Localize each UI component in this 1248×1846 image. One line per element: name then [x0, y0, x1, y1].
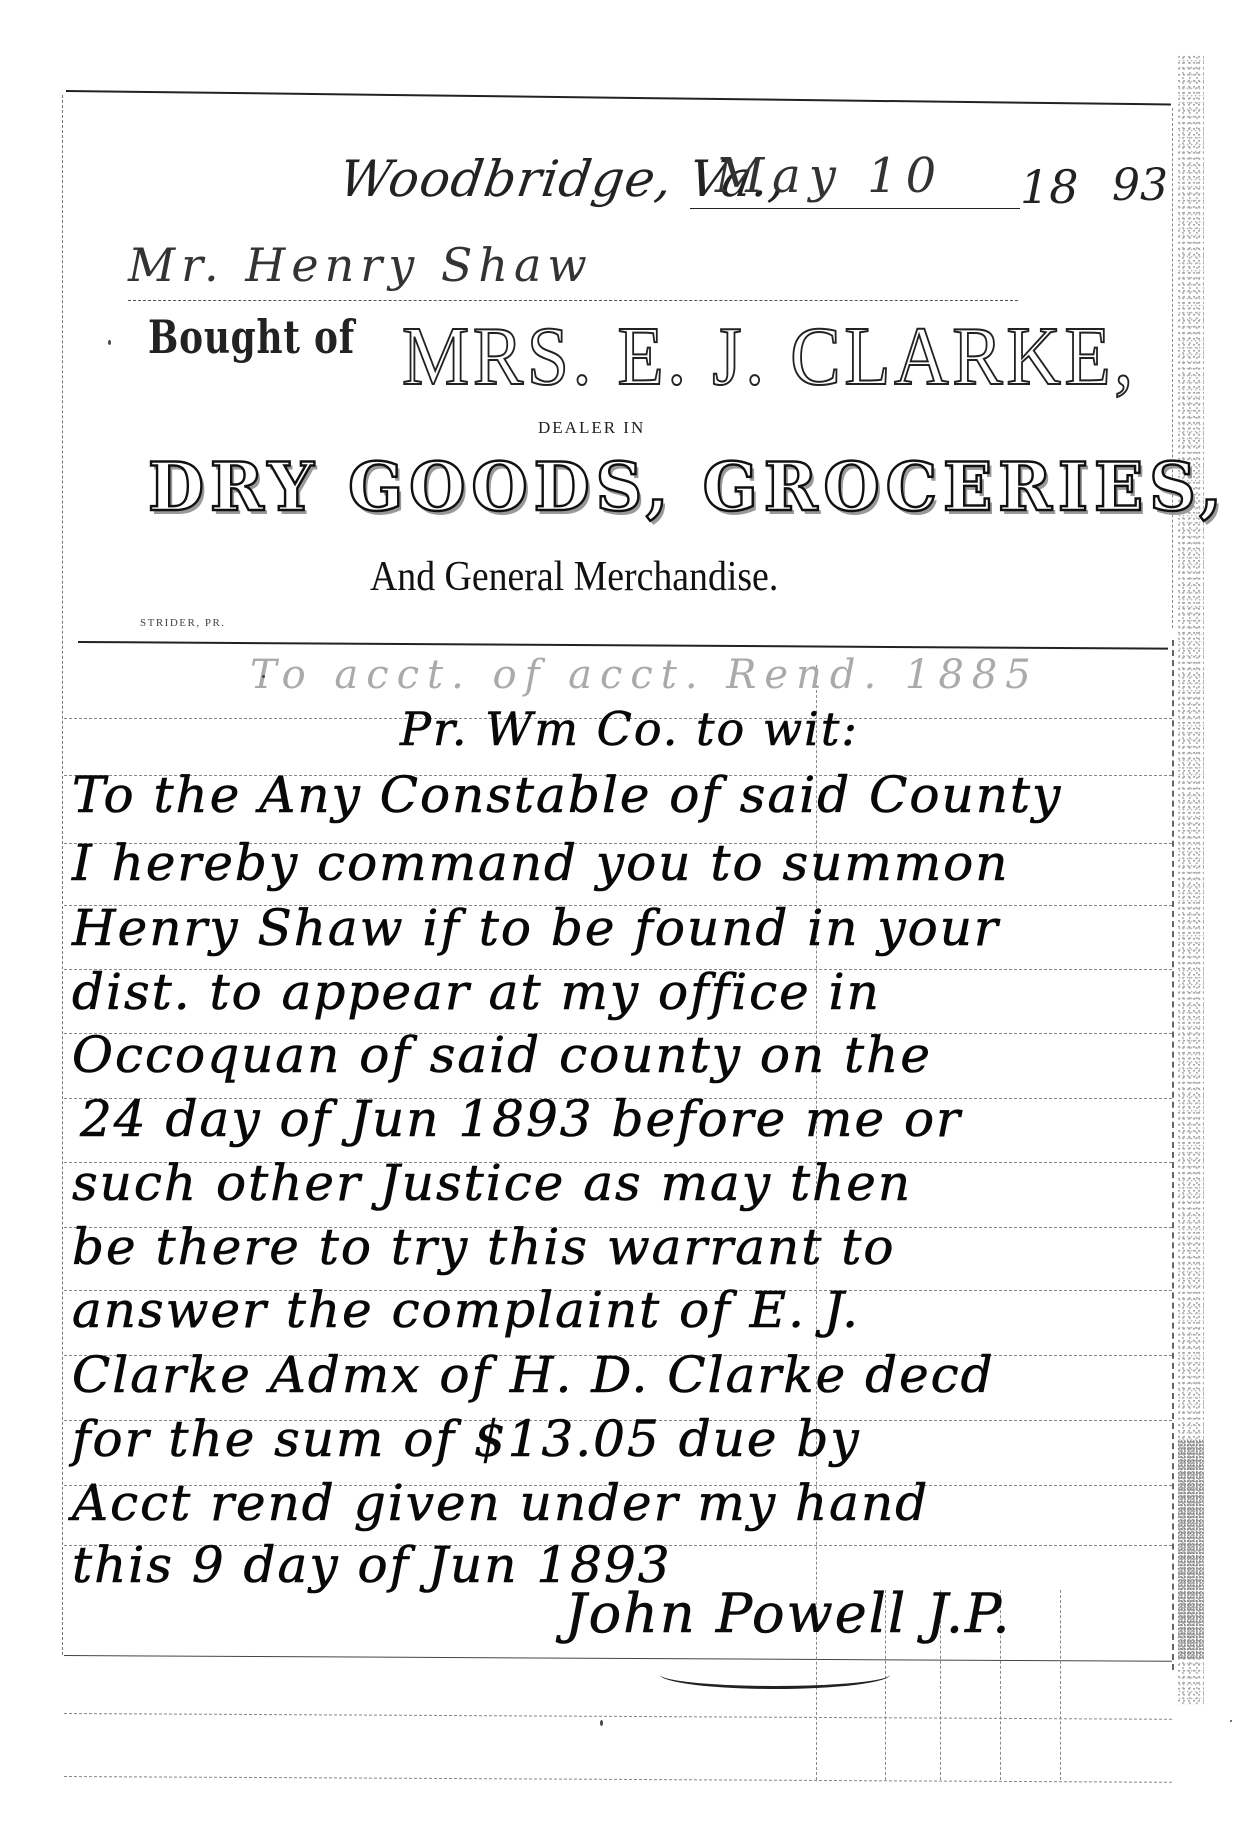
date-rule: [690, 208, 1020, 209]
justice-signature: John Powell J.P.: [565, 1582, 1012, 1645]
customer-name: Mr. Henry Shaw: [128, 238, 593, 292]
body-line: Occoquan of said county on the: [72, 1030, 932, 1080]
dealer-in-label: DEALER IN: [538, 418, 645, 438]
body-line: Henry Shaw if to be found in your: [72, 903, 1000, 953]
trade-heading: DRY GOODS, GROCERIES,: [148, 448, 1228, 526]
body-line: such other Justice as may then: [72, 1158, 912, 1208]
body-line: Acct rend given under my hand: [72, 1478, 929, 1528]
billhead-left-border: [62, 95, 63, 1655]
scan-speck: [262, 675, 265, 678]
body-line: I hereby command you to summon: [72, 838, 1009, 888]
scan-speck: [600, 1720, 603, 1726]
ledger-rule: [64, 1713, 1172, 1720]
header-divider: [78, 641, 1168, 650]
ledger-column-divider: [1060, 1590, 1061, 1780]
customer-rule: [128, 300, 1018, 301]
body-line: be there to try this warrant to: [72, 1222, 895, 1272]
handwritten-date: May 10: [715, 148, 944, 204]
merchandise-subheading: And General Merchandise.: [370, 553, 778, 601]
ledger-rule: [64, 1776, 1172, 1783]
ledger-rule: [64, 1655, 1172, 1662]
scan-speck: [1230, 1720, 1232, 1722]
faint-account-note: To acct. of acct. Rend. 1885: [250, 652, 1039, 698]
body-line: 24 day of Jun 1893 before me or: [80, 1094, 962, 1144]
body-line-venue: Pr. Wm Co. to wit:: [400, 706, 859, 752]
scan-noise-edge-dense: [1178, 1440, 1204, 1660]
bought-of-label: Bought of: [148, 310, 355, 364]
scanned-document-page: Woodbridge, Va., May 10 18 93 Mr. Henry …: [0, 0, 1248, 1846]
billhead-top-border: [66, 90, 1171, 105]
scan-speck: [108, 340, 111, 345]
body-line: Clarke Admx of H. D. Clarke decd: [72, 1350, 995, 1400]
body-line: To the Any Constable of said County: [72, 770, 1062, 820]
ledger-right-border: [1172, 640, 1174, 1670]
body-line: dist. to appear at my office in: [72, 967, 881, 1017]
merchant-name: MRS. E. J. CLARKE,: [402, 308, 1137, 405]
body-line-amount: for the sum of $13.05 due by: [72, 1414, 861, 1464]
billhead-right-border: [1172, 108, 1173, 628]
signature-flourish: [660, 1660, 890, 1689]
body-line: answer the complaint of E. J.: [72, 1285, 860, 1335]
printer-credit: STRIDER, PR.: [140, 617, 226, 629]
handwritten-year-suffix: 93: [1112, 160, 1168, 211]
printed-year-prefix: 18: [1020, 160, 1079, 214]
